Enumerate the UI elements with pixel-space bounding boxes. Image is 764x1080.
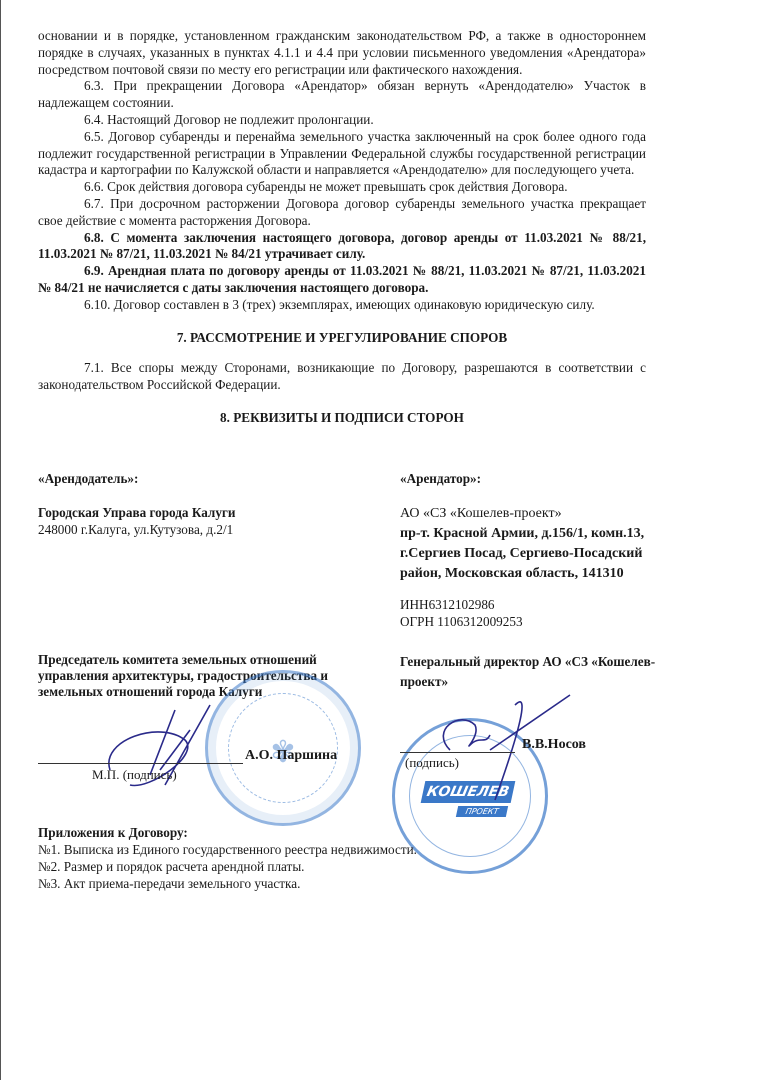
scan-edge [0,0,1,1080]
clause-6-3: 6.3. При прекращении Договора «Арендатор… [38,78,646,112]
clause-6-7: 6.7. При досрочном расторжении Договора … [38,196,646,230]
tenant-label: «Арендатор»: [400,470,670,487]
tenant-signatory: В.В.Носов [522,737,586,753]
clause-6-5: 6.5. Договор субаренды и перенайма земел… [38,129,646,179]
landlord-sign-caption: М.П. (подпись) [92,767,177,783]
clause-6-9: 6.9. Арендная плата по договору аренды о… [38,263,646,297]
landlord-signature-line [38,763,243,764]
landlord-label: «Арендодатель»: [38,470,358,487]
section-8-heading: 8. РЕКВИЗИТЫ И ПОДПИСИ СТОРОН [38,410,646,427]
landlord-signatory: А.О. Паршина [245,748,337,764]
section-7-heading: 7. РАССМОТРЕНИЕ И УРЕГУЛИРОВАНИЕ СПОРОВ [38,330,646,347]
tenant-name: АО «СЗ «Кошелев-проект» [400,504,670,524]
landlord-name: Городская Управа города Калуги [38,504,358,521]
tenant-signature-line [400,752,515,753]
clause-6-4: 6.4. Настоящий Договор не подлежит проло… [38,112,646,129]
clause-6-8: 6.8. С момента заключения настоящего дог… [38,230,646,264]
appendices: Приложения к Договору: №1. Выписка из Ед… [38,824,538,892]
tenant-ogrn: ОГРН 1106312009253 [400,613,670,630]
tenant-position: Генеральный директор АО «СЗ «Кошелев-про… [400,652,660,692]
tenant-block: «Арендатор»: АО «СЗ «Кошелев-проект» пр-… [400,470,670,630]
landlord-position: Председатель комитета земельных отношени… [38,652,348,700]
tenant-address: пр-т. Красной Армии, д.156/1, комн.13, г… [400,524,670,584]
tenant-inn: ИНН6312102986 [400,596,670,613]
document-body: основании и в порядке, установленном гра… [38,28,646,427]
appendix-item: №2. Размер и порядок расчета арендной пл… [38,858,538,875]
appendices-title: Приложения к Договору: [38,824,538,841]
clause-7-1: 7.1. Все споры между Сторонами, возникаю… [38,360,646,394]
appendix-item: №3. Акт приема-передачи земельного участ… [38,875,538,892]
intro-paragraph: основании и в порядке, установленном гра… [38,28,646,78]
tenant-sign-caption: (подпись) [405,755,459,771]
landlord-signature [90,700,240,800]
clause-6-6: 6.6. Срок действия договора субаренды не… [38,179,646,196]
landlord-address: 248000 г.Калуга, ул.Кутузова, д.2/1 [38,521,358,538]
landlord-block: «Арендодатель»: Городская Управа города … [38,470,358,538]
appendix-item: №1. Выписка из Единого государственного … [38,841,538,858]
clause-6-10: 6.10. Договор составлен в 3 (трех) экзем… [38,297,646,314]
